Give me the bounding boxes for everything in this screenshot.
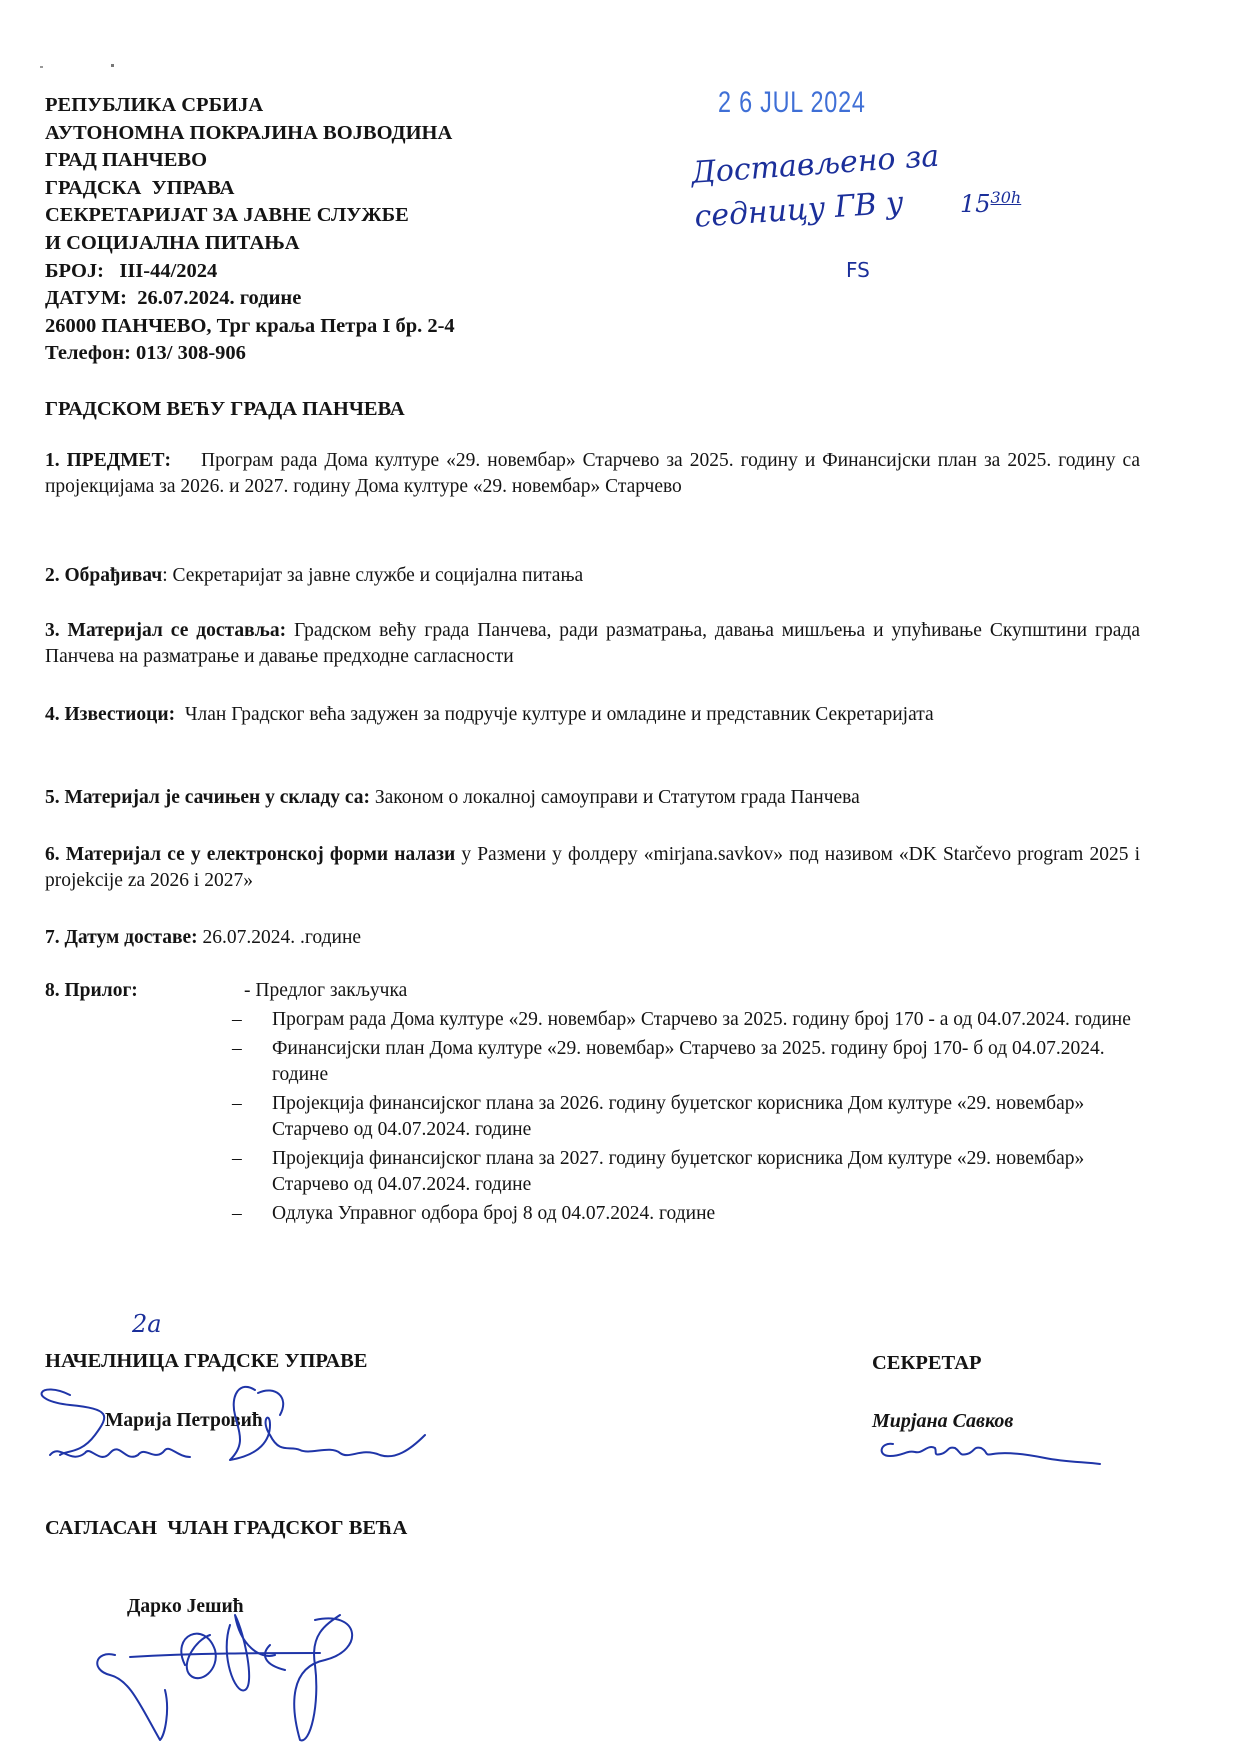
attachment-text: Пројекција финансијског плана за 2026. г…: [272, 1093, 1084, 1140]
letterhead-line: АУТОНОМНА ПОКРАЈИНА ВОЈВОДИНА: [45, 120, 455, 148]
handwritten-initials-2a: 2a: [132, 1310, 162, 1338]
dash-bullet: –: [232, 1091, 242, 1117]
item-label: 2. Обрађивач: [45, 565, 162, 586]
addressee: ГРАДСКОМ ВЕЋУ ГРАДА ПАНЧЕВА: [45, 398, 405, 421]
attachments-label: 8. Прилог:: [45, 980, 138, 1002]
item-text: Законом о локалној самоуправи и Статутом…: [375, 787, 860, 808]
signature-title-council-member: САГЛАСАН ЧЛАН ГРАДСКОГ ВЕЋА: [45, 1517, 407, 1540]
signature-title-secretary: СЕКРЕТАР: [872, 1352, 982, 1375]
letterhead: РЕПУБЛИКА СРБИЈА АУТОНОМНА ПОКРАЈИНА ВОЈ…: [45, 92, 455, 368]
handwritten-time-hour: 15: [960, 190, 991, 218]
item-label: 7. Датум доставе:: [45, 927, 198, 948]
attachment-item: – Пројекција финансијског плана за 2026.…: [232, 1091, 1152, 1143]
handwritten-time-minutes: 30h: [991, 188, 1022, 207]
item-delivery-date: 7. Датум доставе: 26.07.2024. .године: [45, 925, 1140, 951]
address: 26000 ПАНЧЕВО, Трг краља Петра I бр. 2-4: [45, 313, 455, 341]
document-date: ДАТУМ: 26.07.2024. године: [45, 285, 455, 313]
signature-council-member-icon: [85, 1595, 365, 1750]
signature-secretary-icon: [875, 1438, 1105, 1468]
attachment-item: – Одлука Управног одбора број 8 од 04.07…: [232, 1201, 1152, 1227]
item-delivery: 3. Материјал се доставља: Градском већу …: [45, 618, 1140, 670]
item-label: 5. Материјал је сачињен у складу са:: [45, 787, 370, 808]
item-label: 3. Материјал се доставља:: [45, 620, 286, 641]
date-stamp: 2 6 JUL 2024: [718, 86, 866, 120]
attachment-text: Пројекција финансијског плана за 2027. г…: [272, 1148, 1084, 1195]
item-text: Програм рада Дома културе «29. новембар»…: [45, 450, 1140, 497]
item-electronic-form: 6. Материјал се у електронској форми нал…: [45, 842, 1140, 894]
attachment-text: Финансијски план Дома културе «29. новем…: [272, 1038, 1105, 1085]
letterhead-line: РЕПУБЛИКА СРБИЈА: [45, 92, 455, 120]
dash-bullet: –: [232, 1201, 242, 1227]
item-label: 4. Известиоци:: [45, 704, 175, 725]
signature-title-head: НАЧЕЛНИЦА ГРАДСКЕ УПРАВЕ: [45, 1350, 368, 1373]
item-subject: 1. ПРЕДМЕТ:Програм рада Дома културе «29…: [45, 448, 1140, 500]
attachment-proposal: - Предлог закључка: [244, 980, 407, 1002]
document-number: БРОЈ: III-44/2024: [45, 258, 455, 286]
signature-name-secretary: Мирјана Савков: [872, 1410, 1013, 1433]
letterhead-line: СЕКРЕТАРИЈАТ ЗА ЈАВНЕ СЛУЖБЕ: [45, 202, 455, 230]
handwritten-time: 1530h: [960, 188, 1021, 218]
attachment-item: – Финансијски план Дома културе «29. нов…: [232, 1036, 1152, 1088]
attachment-text: Одлука Управног одбора број 8 од 04.07.2…: [272, 1203, 715, 1224]
item-text: : Секретаријат за јавне службе и социјал…: [162, 565, 583, 586]
scan-speck: [40, 66, 43, 68]
item-text: 26.07.2024. .године: [203, 927, 362, 948]
item-label: 6. Материјал се у електронској форми нал…: [45, 844, 455, 865]
letterhead-line: ГРАДСКА УПРАВА: [45, 175, 455, 203]
handwritten-note: Достављено за седницу ГВ у: [690, 135, 944, 240]
item-processor: 2. Обрађивач: Секретаријат за јавне служ…: [45, 563, 1140, 589]
signature-head-icon: [30, 1375, 460, 1475]
attachment-item: – Програм рада Дома културе «29. новемба…: [232, 1007, 1152, 1033]
item-compliance: 5. Материјал је сачињен у складу са: Зак…: [45, 785, 1140, 811]
dash-bullet: –: [232, 1007, 242, 1033]
dash-bullet: –: [232, 1036, 242, 1062]
item-rapporteurs: 4. Известиоци: Члан Градског већа задуже…: [45, 702, 1140, 728]
scan-speck: [111, 64, 114, 67]
phone: Телефон: 013/ 308-906: [45, 340, 455, 368]
attachment-text: Програм рада Дома културе «29. новембар»…: [272, 1009, 1131, 1030]
attachments-list: – Програм рада Дома културе «29. новемба…: [232, 1007, 1152, 1230]
letterhead-line: И СОЦИЈАЛНА ПИТАЊА: [45, 230, 455, 258]
letterhead-line: ГРАД ПАНЧЕВО: [45, 147, 455, 175]
item-label: 1. ПРЕДМЕТ:: [45, 450, 171, 471]
handwritten-initials: FS: [846, 258, 870, 282]
dash-bullet: –: [232, 1146, 242, 1172]
item-text: Члан Градског већа задужен за подручје к…: [185, 704, 934, 725]
attachment-item: – Пројекција финансијског плана за 2027.…: [232, 1146, 1152, 1198]
